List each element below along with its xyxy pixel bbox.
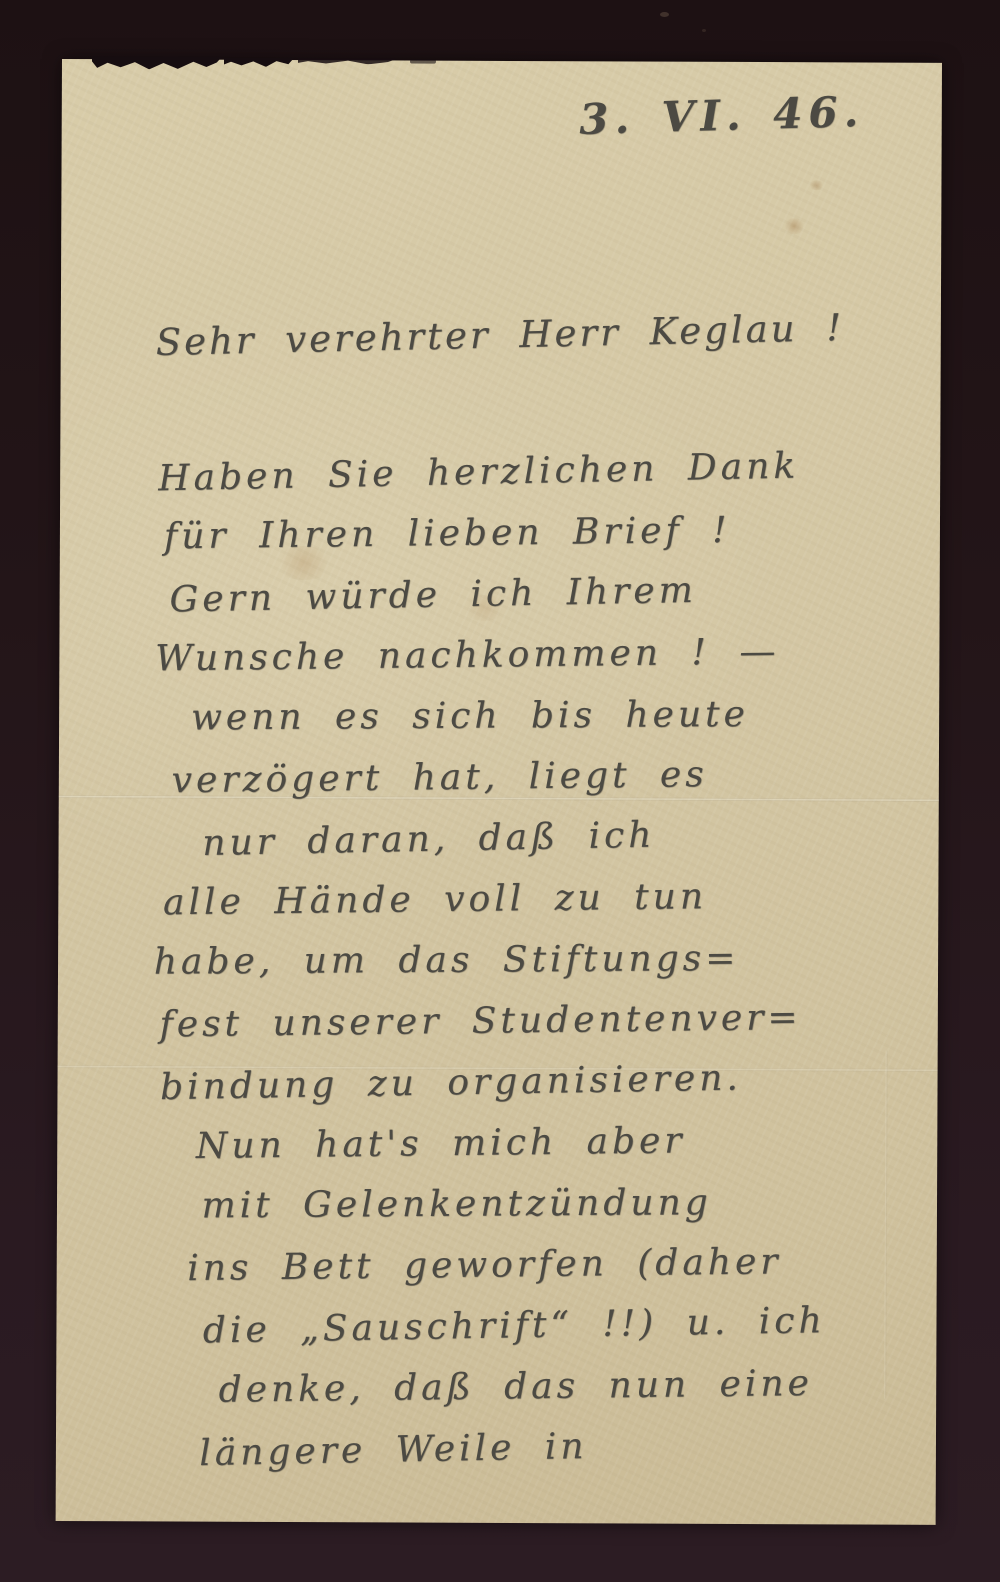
handwriting-layer: 3. VI. 46. Sehr verehrter Herr Keglau ! … [51, 55, 948, 1527]
letter-line: Nun hat's mich aber [63, 1118, 944, 1189]
background-speck [702, 29, 706, 32]
letter-line: habe, um das Stiftungs= [61, 937, 941, 1003]
letter-page: 3. VI. 46. Sehr verehrter Herr Keglau ! … [56, 59, 942, 1525]
letter-line: längere Weile in [66, 1419, 947, 1496]
scan-background: 3. VI. 46. Sehr verehrter Herr Keglau ! … [0, 0, 1000, 1582]
letter-line: wenn es sich bis heute [58, 693, 938, 759]
background-speck [660, 12, 669, 17]
letter-line: Wunsche nachkommen ! — [57, 630, 938, 701]
letter-body: Haben Sie herzlichen Dank für Ihren lieb… [55, 447, 947, 1494]
letter-line: alle Hände voll zu tun [60, 874, 941, 945]
letter-line: mit Gelenkentzündung [63, 1181, 943, 1247]
letter-date: 3. VI. 46. [579, 87, 865, 144]
letter-salutation: Sehr verehrter Herr Keglau ! [155, 306, 844, 364]
